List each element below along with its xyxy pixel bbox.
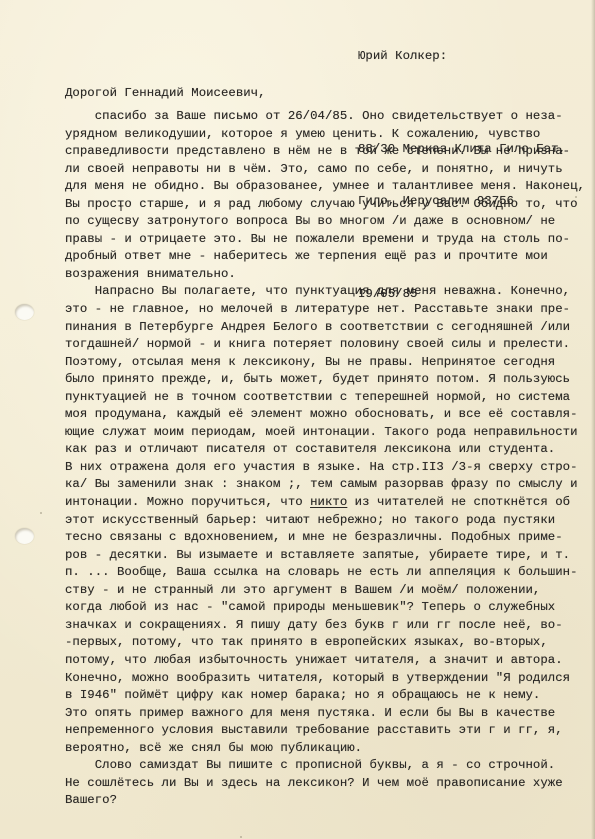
paper-speck	[40, 512, 42, 514]
body-line: пинания в Петербурге Андрея Белого в соо…	[65, 319, 585, 337]
body-line: Это опять пример важного для меня пустяк…	[65, 705, 585, 723]
inserted-letter-mark: т	[118, 205, 124, 215]
body-line: для меня не обидно. Вы образованее, умне…	[65, 178, 585, 196]
body-line: моя продумана, каждый её элемент можно о…	[65, 406, 585, 424]
punch-hole-icon	[15, 304, 34, 320]
body-line: как раз и отличают писателя от составите…	[65, 441, 585, 459]
page-edge-shadow	[591, 0, 595, 839]
paper-speck	[240, 836, 242, 838]
body-line: непременного условия выставили требовани…	[65, 722, 585, 740]
body-line: дробный ответ мне - наберитесь же терпен…	[65, 248, 585, 266]
body-line: ству - и не странный ли это аргумент в В…	[65, 582, 585, 600]
body-line: когда любой из нас - "самой природы мень…	[65, 599, 585, 617]
sender-name: Юрий Колкер:	[358, 48, 566, 66]
body-line: Не сошлётесь ли Вы и здесь на лексикон? …	[65, 775, 585, 793]
body-line: В них отражена доля его участия в языке.…	[65, 459, 585, 477]
body-line: значках и сокращениях. Я пишу дату без б…	[65, 617, 585, 635]
body-line: урядном великодушии, которое я умею цени…	[65, 126, 585, 144]
body-line: Конечно, можно вообразить читателя, кото…	[65, 670, 585, 688]
body-line: спасибо за Ваше письмо от 26/04/85. Оно …	[65, 108, 585, 126]
body-line: интонации. Можно поручиться, что никто и…	[65, 494, 585, 512]
body-line: ка/ Вы заменили знак : знаком ;, тем сам…	[65, 476, 585, 494]
body-line: тогдашней/ нормой - и книга потеряет пол…	[65, 336, 585, 354]
body-line: было принято прежде, и, быть может, буде…	[65, 371, 585, 389]
body-line: Вы просто старше, и я рад любому случаю …	[65, 196, 585, 214]
body-line: Слово самиздат Вы пишите с прописной бук…	[65, 757, 585, 775]
body-line: Напрасно Вы полагаете, что пунктуация дл…	[65, 283, 585, 301]
body-line: в I946" поймёт цифру как номер барака; н…	[65, 687, 585, 705]
underlined-word: никто	[310, 495, 347, 509]
body-line: Вашего?	[65, 792, 585, 810]
body-line: Поэтому, отсылая меня к лексикону, Вы не…	[65, 354, 585, 372]
body-line: справедливости представлено в нём не в т…	[65, 143, 585, 161]
body-line: ров - десятки. Вы изымаете и вставляете …	[65, 547, 585, 565]
handwritten-correction: ст	[117, 213, 124, 231]
body-line: потому, что любая избыточность унижает ч…	[65, 652, 585, 670]
body-line: п. ... Вообще, Ваша ссылка на словарь не…	[65, 564, 585, 582]
letter-page: Юрий Колкер: 88/30 Мерказ Клита Гило Бэт…	[0, 0, 595, 839]
body-line: правы - и отрицаете это. Вы не пожалели …	[65, 231, 585, 249]
body-line: тесно связаны с вдохновением, и мне не б…	[65, 529, 585, 547]
body-line: это - не главное, но мелочей в литератур…	[65, 301, 585, 319]
letter-body: спасибо за Ваше письмо от 26/04/85. Оно …	[65, 108, 585, 810]
body-line: пунктуацией не в точном соответствии с т…	[65, 389, 585, 407]
body-line: по существу затронутого вопроса Вы во мн…	[65, 213, 585, 231]
salutation: Дорогой Геннадий Моисеевич,	[65, 85, 266, 103]
body-line: ющие служат моим периодам, моей интонаци…	[65, 424, 585, 442]
punch-hole-icon	[15, 528, 34, 544]
body-line: -первых, потому, что так принято в европ…	[65, 634, 585, 652]
body-line: этот искусственный барьер: читают небреж…	[65, 512, 585, 530]
body-line: возражения внимательно.	[65, 266, 585, 284]
body-line: вероятно, всё же снял бы мою публикацию.	[65, 740, 585, 758]
body-line: ли своей неправоты ни в чём. Это, само п…	[65, 161, 585, 179]
